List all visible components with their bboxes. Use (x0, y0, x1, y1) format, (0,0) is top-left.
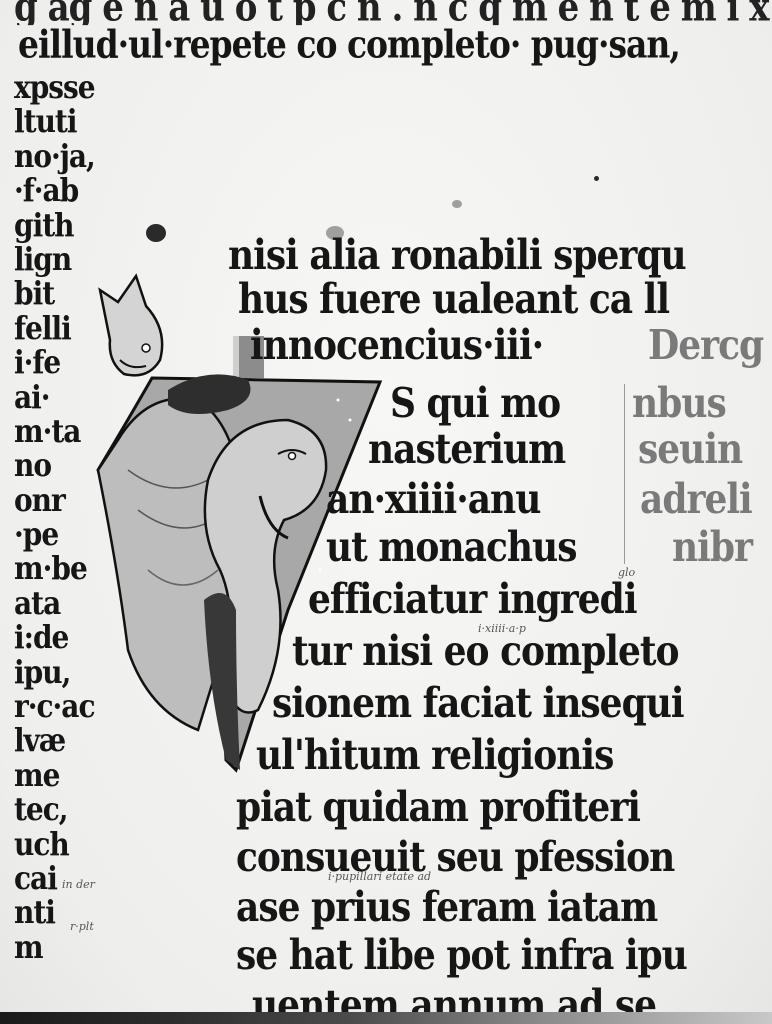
text-line: sionem faciat insequi (272, 680, 684, 728)
text-line: innocencius·iii· (250, 322, 543, 370)
text-line: ul'hitum religionis (256, 732, 613, 780)
text-line: se hat libe pot infra ipu (236, 932, 687, 980)
text-line: ut monachus (326, 524, 576, 572)
interlinear-gloss: glo (618, 566, 635, 579)
margin-line: tec, (14, 790, 106, 830)
text-line: S qui mo (390, 380, 560, 428)
text-line: efficiatur ingredi (308, 576, 637, 624)
stain (452, 200, 462, 208)
text-line: hus fuere ualeant ca ll (238, 276, 669, 324)
text-line: an·xiiii·anu (326, 476, 540, 524)
margin-line: ·f·ab (14, 171, 106, 211)
ink-speck (594, 176, 599, 181)
text-line: nisi alia ronabili sperqu (228, 232, 686, 280)
rubric-text: nbus (632, 380, 726, 428)
ink-blot (146, 224, 166, 242)
margin-gloss: r·plt (70, 920, 94, 933)
text-line: ase prius feram iatam (236, 884, 657, 932)
text-line: consueuit seu pfession (236, 834, 674, 882)
rubric-text: Dercg (648, 322, 763, 370)
manuscript-page: g ag e n a u o t p c n . n c q m e n t e… (0, 0, 772, 1012)
interlinear-gloss: i·xiiii·a·p (478, 622, 526, 635)
text-line: tur nisi eo completo (292, 628, 679, 676)
column-rule (624, 384, 625, 564)
interlinear-gloss: i·pupillari etate ad (328, 870, 431, 883)
text-line: piat quidam profiteri (236, 784, 640, 832)
rubric-text: seuin (638, 426, 742, 474)
rubric-text: nibr (672, 524, 752, 572)
photo-grey-scale-strip (0, 1012, 772, 1024)
rubric-text: adreli (640, 476, 752, 524)
margin-line: ltuti (14, 102, 106, 142)
text-line: nasterium (368, 426, 565, 474)
top-text-line: eillud·ul·repete co completo· pug·san, (18, 22, 680, 68)
margin-gloss: in der (62, 878, 95, 891)
